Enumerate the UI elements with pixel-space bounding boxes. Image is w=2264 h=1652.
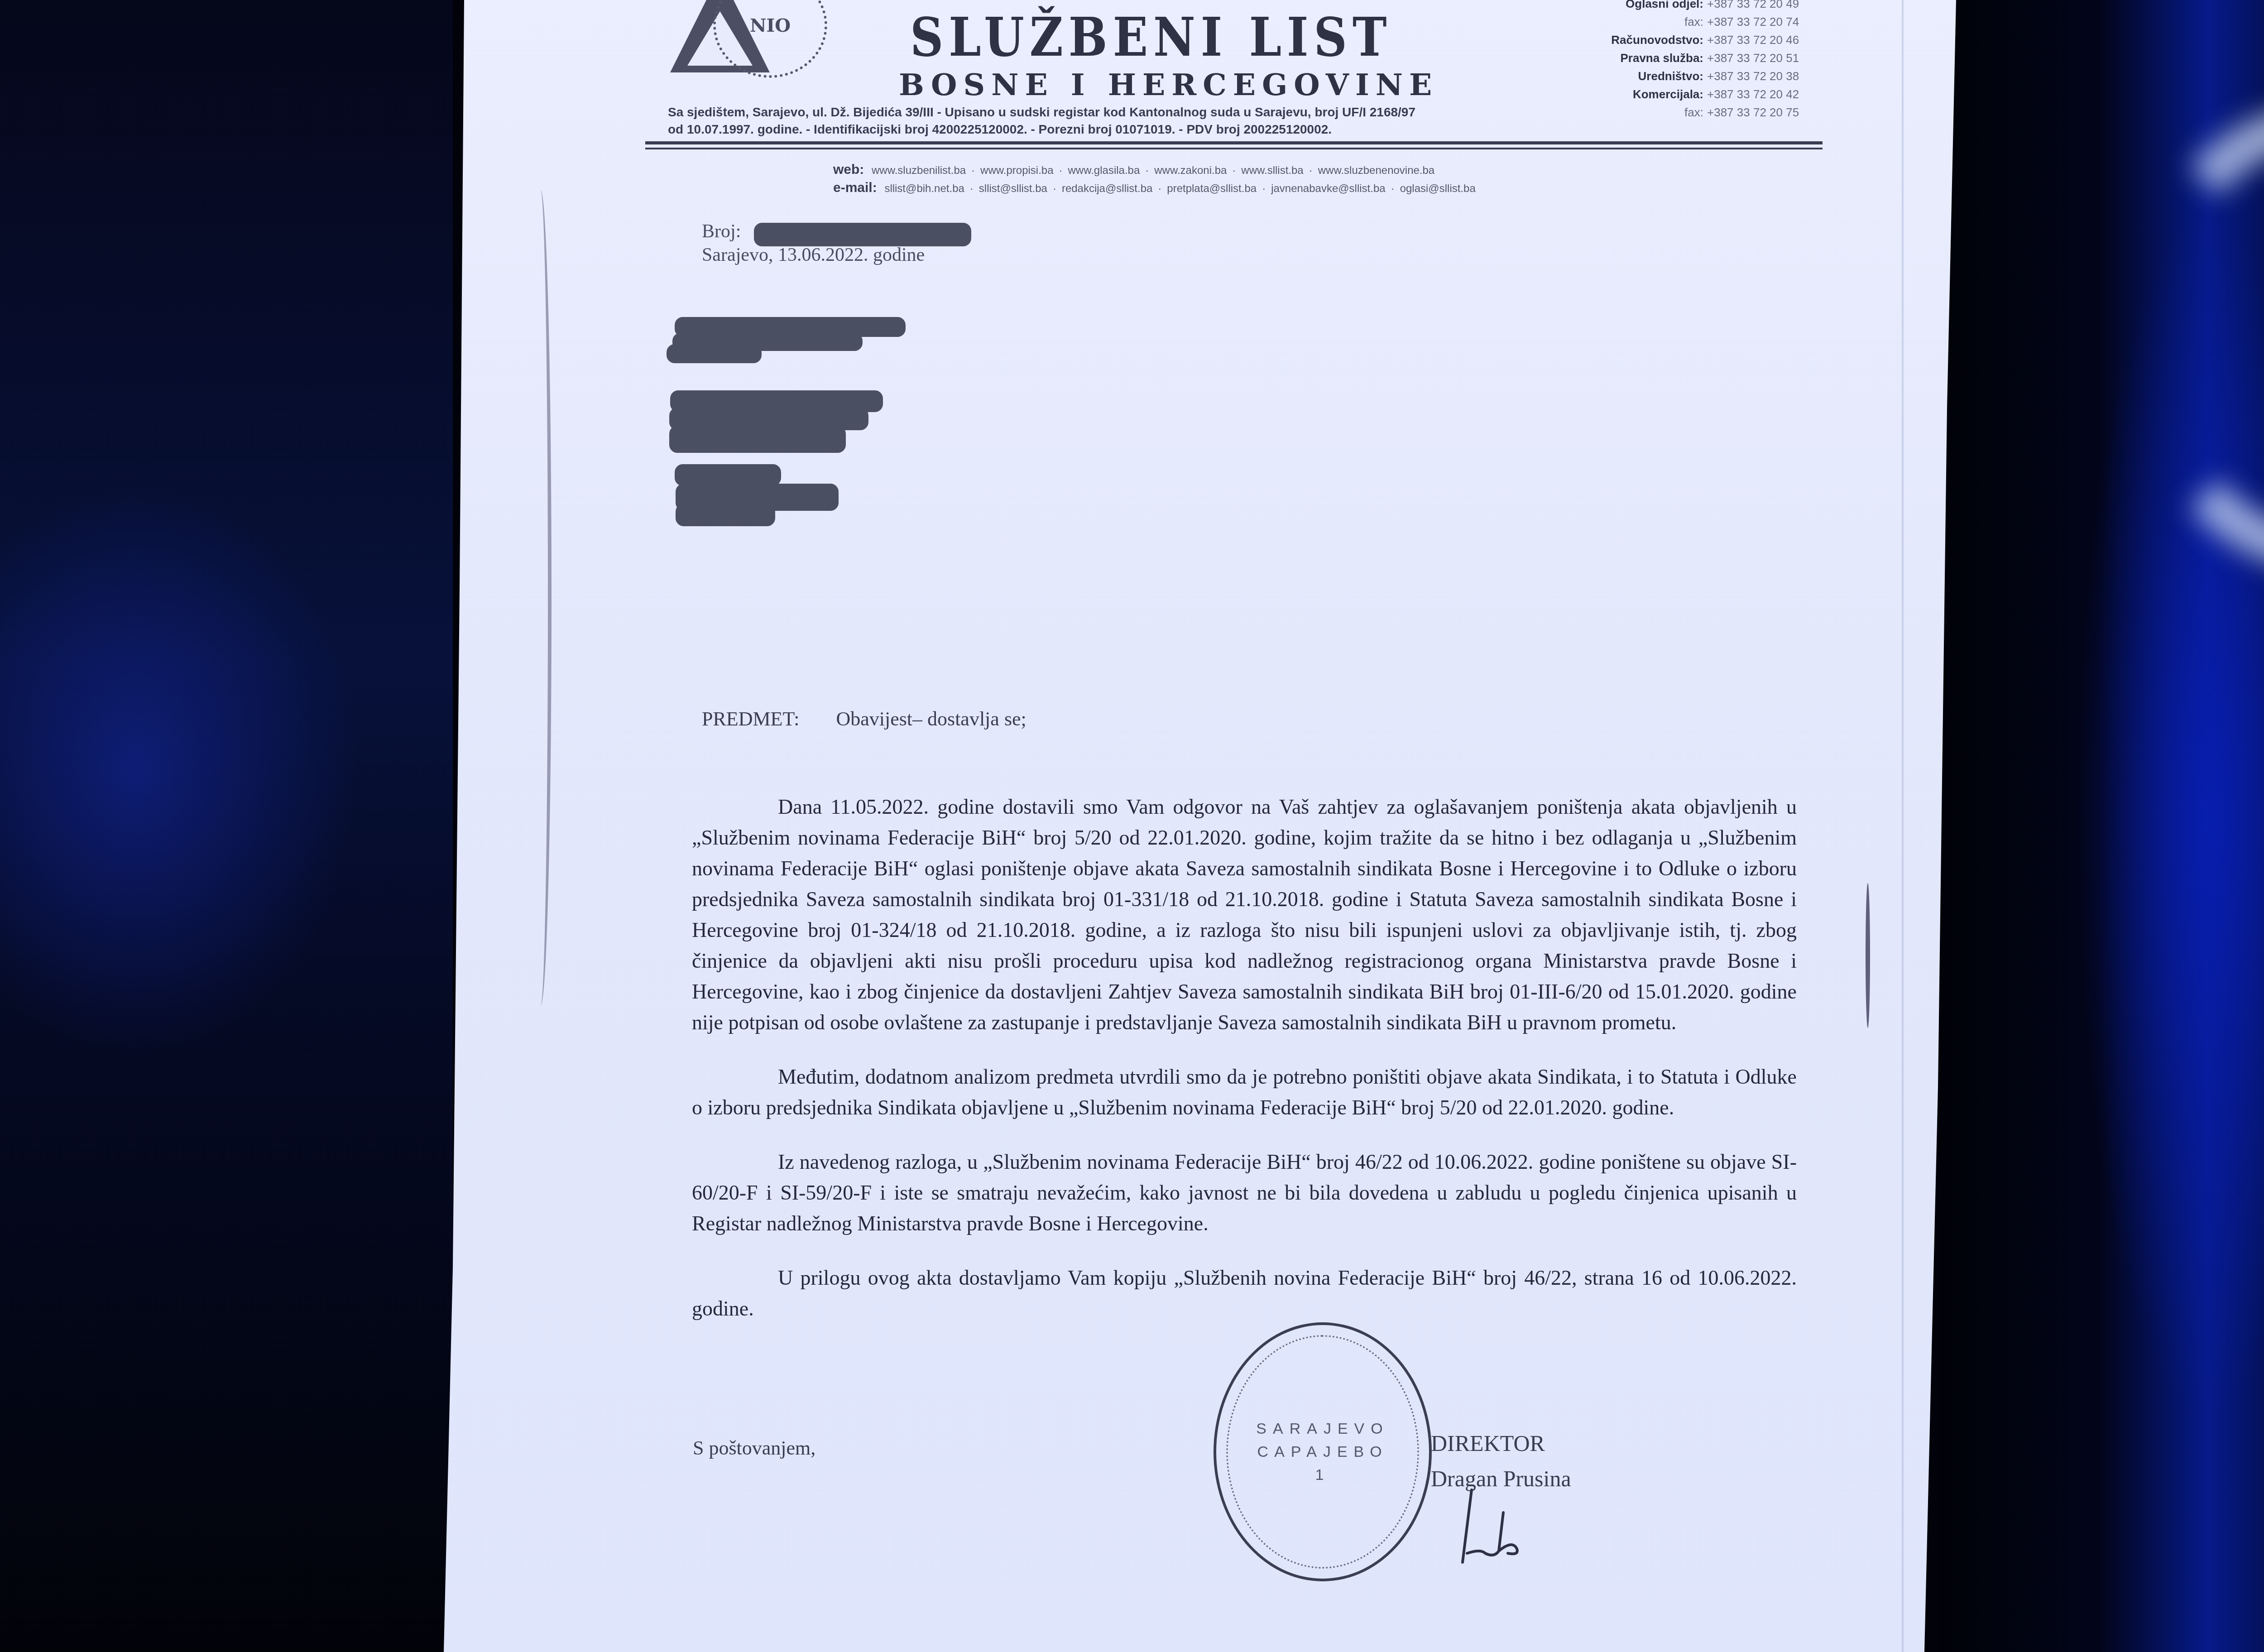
contact-number: +387 33 72 20 38 xyxy=(1707,67,1816,85)
web-link: www.propisi.ba xyxy=(980,164,1053,177)
email-address: oglasi@sllist.ba xyxy=(1400,182,1476,195)
body-paragraph: U prilogu ovog akta dostavljamo Vam kopi… xyxy=(692,1263,1797,1324)
separator: · xyxy=(971,164,975,177)
web-link: www.zakoni.ba xyxy=(1154,164,1227,177)
redaction-stroke xyxy=(676,504,775,526)
blurred-background-left xyxy=(0,0,453,1652)
contact-row: fax:+387 33 72 20 75 xyxy=(1540,103,1816,121)
contact-label: Pravna služba: xyxy=(1620,49,1703,67)
separator: · xyxy=(1262,182,1266,195)
contact-number: +387 33 72 20 42 xyxy=(1707,85,1816,103)
contact-number: +387 33 72 20 46 xyxy=(1707,31,1816,49)
web-links-row: web: www.sluzbenilist.ba·www.propisi.ba·… xyxy=(833,162,1476,178)
web-link: www.sluzbenilist.ba xyxy=(872,164,966,177)
masthead-title: SLUŽBENI LIST xyxy=(910,5,1392,68)
registration-line: Sa sjedištem, Sarajevo, ul. Dž. Bijedića… xyxy=(668,105,1415,120)
subject-line: PREDMET: Obavijest– dostavlja se; xyxy=(702,707,1026,730)
contact-label: fax: xyxy=(1684,103,1703,121)
contact-row: Računovodstvo:+387 33 72 20 46 xyxy=(1540,31,1816,49)
contact-row: fax:+387 33 72 20 74 xyxy=(1540,13,1816,31)
stamp-text: SARAJEVO xyxy=(1256,1420,1389,1438)
separator: · xyxy=(970,182,974,195)
email-address: sllist@sllist.ba xyxy=(979,182,1047,195)
email-address: javnenabavke@sllist.ba xyxy=(1271,182,1386,195)
contact-label: Komercijala: xyxy=(1633,85,1703,103)
contact-number: +387 33 72 20 75 xyxy=(1707,103,1816,121)
letterhead-divider xyxy=(645,148,1823,149)
contact-row: Uredništvo:+387 33 72 20 38 xyxy=(1540,67,1816,85)
web-and-email-links: web: www.sluzbenilist.ba·www.propisi.ba·… xyxy=(833,162,1476,198)
closing-salutation: S poštovanjem, xyxy=(693,1436,815,1460)
separator: · xyxy=(1309,164,1313,177)
contact-number: +387 33 72 20 51 xyxy=(1707,49,1816,67)
redacted-reference-number xyxy=(754,223,971,246)
stamp-text: 1 xyxy=(1315,1466,1330,1484)
separator: · xyxy=(1158,182,1161,195)
email-links-row: e-mail: sllist@bih.net.ba·sllist@sllist.… xyxy=(833,180,1476,196)
contact-label: Uredništvo: xyxy=(1638,67,1703,85)
logo-text: NIO xyxy=(750,15,791,36)
contact-row: Oglasni odjel:+387 33 72 20 49 xyxy=(1540,0,1816,13)
contact-list: Oglasni odjel:+387 33 72 20 49fax:+387 3… xyxy=(1540,0,1816,121)
web-link: www.glasila.ba xyxy=(1068,164,1140,177)
signatory-title: DIREKTOR xyxy=(1431,1426,1571,1461)
letter-body: Dana 11.05.2022. godine dostavili smo Va… xyxy=(692,792,1797,1348)
subject-label: PREDMET: xyxy=(702,708,799,730)
contact-label: Oglasni odjel: xyxy=(1626,0,1703,13)
pen-mark xyxy=(530,190,552,1005)
redaction-stroke xyxy=(669,426,846,453)
contact-number: +387 33 72 20 49 xyxy=(1707,0,1816,13)
stamp-text: САРАЈЕВО xyxy=(1257,1443,1388,1461)
contact-row: Komercijala:+387 33 72 20 42 xyxy=(1540,85,1816,103)
publisher-logo: NIO xyxy=(670,0,833,86)
contact-label: fax: xyxy=(1684,13,1703,31)
official-stamp-icon: SARAJEVO САРАЈЕВО 1 xyxy=(1214,1322,1432,1581)
separator: · xyxy=(1059,164,1063,177)
place-date: Sarajevo, 13.06.2022. godine xyxy=(702,243,925,267)
contact-number: +387 33 72 20 74 xyxy=(1707,13,1816,31)
reference-number-label: Broj: xyxy=(702,221,741,242)
email-label: e-mail: xyxy=(833,180,877,195)
separator: · xyxy=(1232,164,1236,177)
email-address: sllist@bih.net.ba xyxy=(884,182,964,195)
contact-row: Pravna služba:+387 33 72 20 51 xyxy=(1540,49,1816,67)
separator: · xyxy=(1145,164,1149,177)
handwritten-signature-icon xyxy=(1453,1485,1535,1567)
redaction-stroke xyxy=(675,464,781,486)
redaction-stroke xyxy=(667,344,762,363)
body-paragraph: Dana 11.05.2022. godine dostavili smo Va… xyxy=(692,792,1797,1038)
body-paragraph: Iz navedenog razloga, u „Službenim novin… xyxy=(692,1147,1797,1239)
contact-label: Računovodstvo: xyxy=(1611,31,1703,49)
pen-mark xyxy=(1866,883,1870,1028)
email-address: redakcija@sllist.ba xyxy=(1062,182,1152,195)
email-address: pretplata@sllist.ba xyxy=(1167,182,1257,195)
web-link: www.sluzbenenovine.ba xyxy=(1318,164,1435,177)
separator: · xyxy=(1391,182,1395,195)
web-link: www.sllist.ba xyxy=(1241,164,1303,177)
subject-text: Obavijest– dostavlja se; xyxy=(836,708,1026,730)
registration-line: od 10.07.1997. godine. - Identifikacijsk… xyxy=(668,122,1332,137)
masthead-subtitle: BOSNE I HERCEGOVINE xyxy=(899,67,1438,102)
letterhead-divider xyxy=(645,141,1823,144)
web-label: web: xyxy=(833,162,864,177)
separator: · xyxy=(1053,182,1056,195)
body-paragraph: Međutim, dodatnom analizom predmeta utvr… xyxy=(692,1061,1797,1123)
